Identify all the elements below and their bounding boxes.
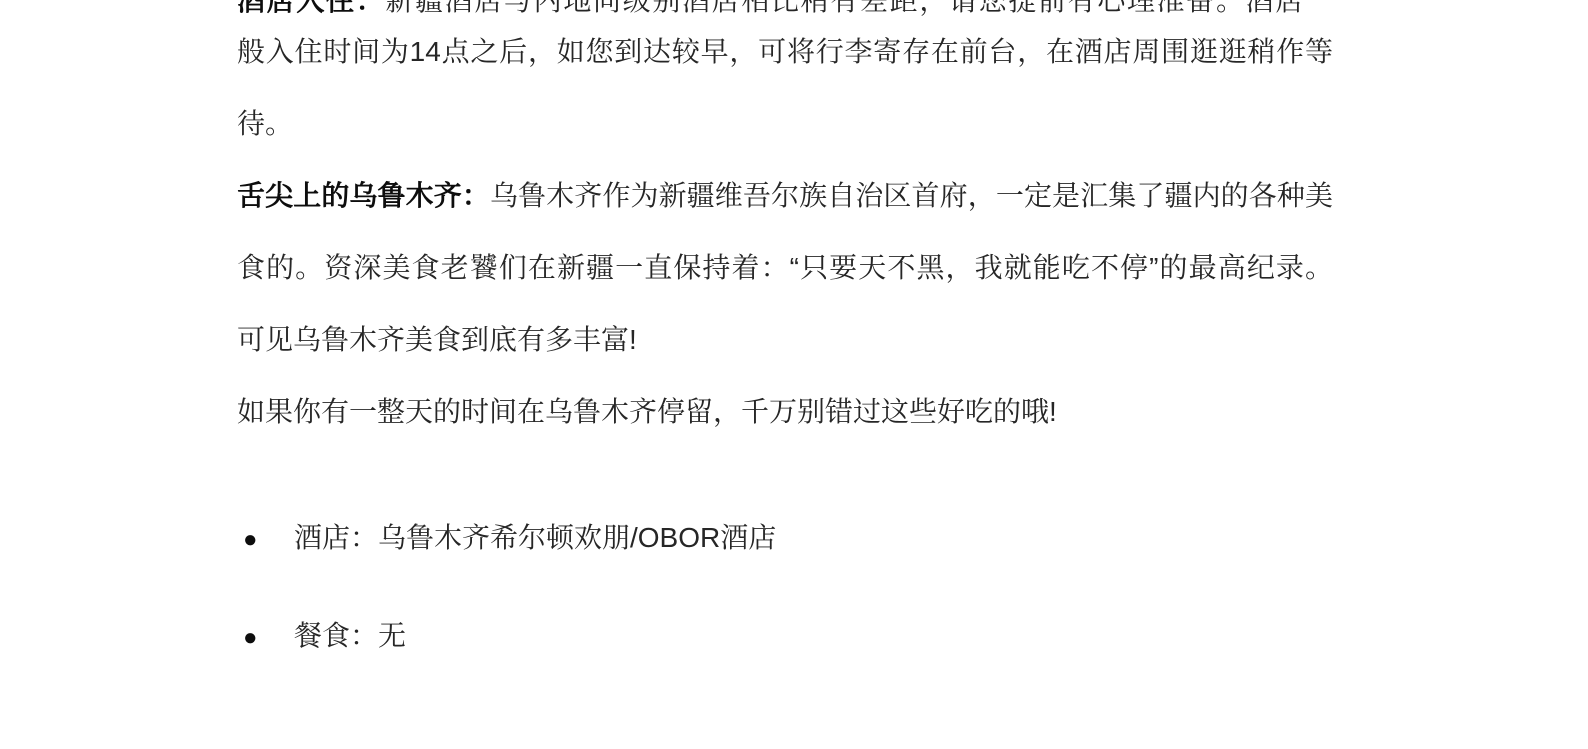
- clipped-top-line-text: 酒店入住：新疆酒店与内地同级别酒店相比稍有差距，请您提前有心理准备。酒店一: [237, 0, 1333, 15]
- food-line-2: 食的。资深美食老饕们在新疆一直保持着：“只要天不黑，我就能吃不停”的最高纪录。: [237, 232, 1333, 304]
- bullet-meals-text: 餐食：无: [294, 620, 406, 651]
- bullet-list: ●酒店：乌鲁木齐希尔顿欢朋/OBOR酒店 ●餐食：无: [237, 489, 1333, 685]
- food-heading-rest: 乌鲁木齐作为新疆维吾尔族自治区首府，一定是汇集了疆内的各种美: [490, 180, 1333, 211]
- food-heading-bold: 舌尖上的乌鲁木齐：: [237, 180, 490, 211]
- bullet-dot-icon: ●: [237, 589, 294, 687]
- clipped-line-rest: 新疆酒店与内地同级别酒店相比稍有差距，请您提前有心理准备。酒店一: [385, 0, 1333, 16]
- document-page: 酒店入住：新疆酒店与内地同级别酒店相比稍有差距，请您提前有心理准备。酒店一 般入…: [237, 0, 1333, 685]
- food-heading-line: 舌尖上的乌鲁木齐：乌鲁木齐作为新疆维吾尔族自治区首府，一定是汇集了疆内的各种美: [237, 160, 1333, 232]
- food-line-3: 可见乌鲁木齐美食到底有多丰富!: [237, 304, 1333, 376]
- bullet-item-hotel: ●酒店：乌鲁木齐希尔顿欢朋/OBOR酒店: [237, 489, 1333, 587]
- bullet-item-meals: ●餐食：无: [237, 587, 1333, 685]
- tip-line: 如果你有一整天的时间在乌鲁木齐停留，千万别错过这些好吃的哦!: [237, 376, 1333, 448]
- bullet-hotel-text: 酒店：乌鲁木齐希尔顿欢朋/OBOR酒店: [294, 522, 776, 553]
- bullet-dot-icon: ●: [237, 491, 294, 589]
- clipped-line-bold-lead: 酒店入住：: [237, 0, 385, 16]
- clipped-top-line: 酒店入住：新疆酒店与内地同级别酒店相比稍有差距，请您提前有心理准备。酒店一: [237, 0, 1333, 16]
- checkin-line-1: 般入住时间为14点之后，如您到达较早，可将行李寄存在前台，在酒店周围逛逛稍作等: [237, 16, 1333, 88]
- checkin-line-2: 待。: [237, 88, 1333, 160]
